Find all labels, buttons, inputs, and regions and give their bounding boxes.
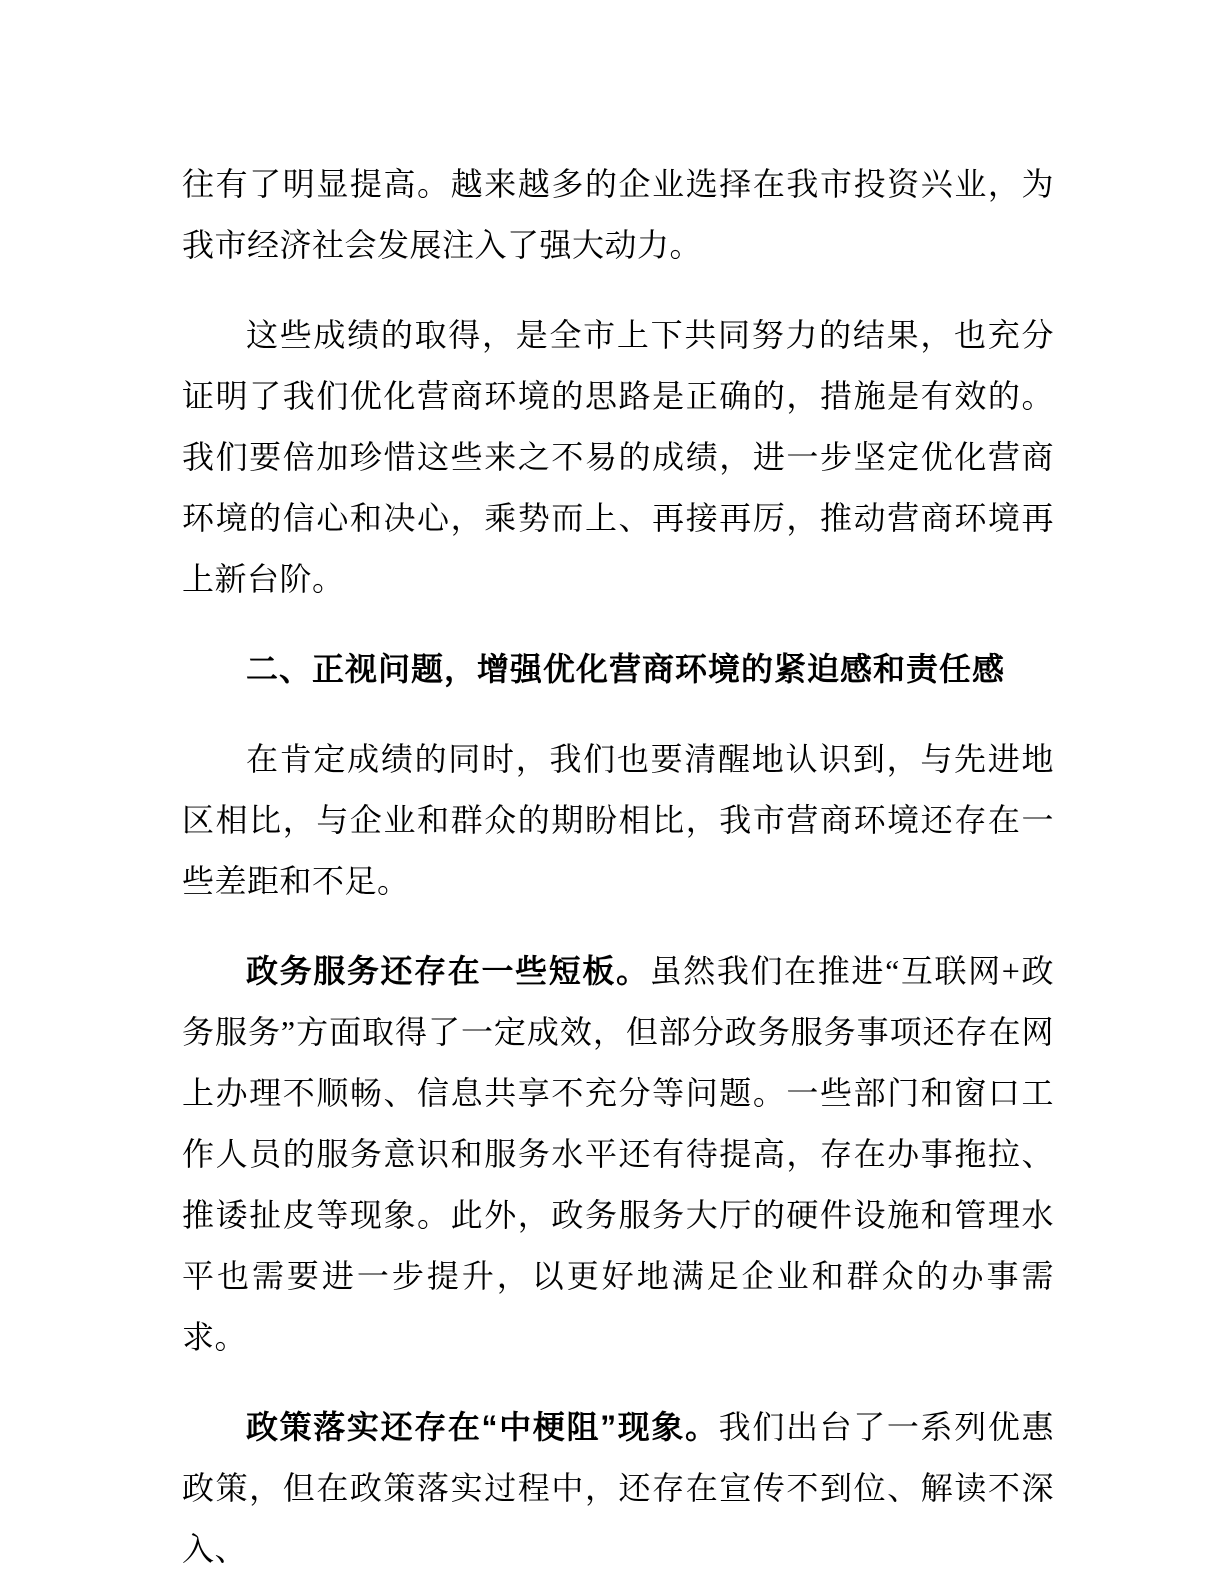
bold-lead-gov-service: 政务服务还存在一些短板。 xyxy=(246,953,650,989)
document-page: 往有了明显提高。越来越多的企业选择在我市投资兴业，为我市经济社会发展注入了强大动… xyxy=(0,0,1224,1584)
paragraph-continuation: 往有了明显提高。越来越多的企业选择在我市投资兴业，为我市经济社会发展注入了强大动… xyxy=(182,154,1054,276)
section-heading-two: 二、正视问题，增强优化营商环境的紧迫感和责任感 xyxy=(182,639,1054,700)
paragraph-gov-service-shortcomings: 政务服务还存在一些短板。虽然我们在推进“互联网+政务服务”方面取得了一定成效，但… xyxy=(182,941,1054,1368)
paragraph-achievements-summary: 这些成绩的取得，是全市上下共同努力的结果，也充分证明了我们优化营商环境的思路是正… xyxy=(182,305,1054,610)
paragraph-problems-intro: 在肯定成绩的同时，我们也要清醒地认识到，与先进地区相比，与企业和群众的期盼相比，… xyxy=(182,729,1054,912)
paragraph-policy-implementation: 政策落实还存在“中梗阻”现象。我们出台了一系列优惠政策，但在政策落实过程中，还存… xyxy=(182,1397,1054,1580)
body-text-gov-service: 虽然我们在推进“互联网+政务服务”方面取得了一定成效，但部分政务服务事项还存在网… xyxy=(182,953,1054,1355)
bold-lead-policy: 政策落实还存在“中梗阻”现象。 xyxy=(246,1409,719,1445)
